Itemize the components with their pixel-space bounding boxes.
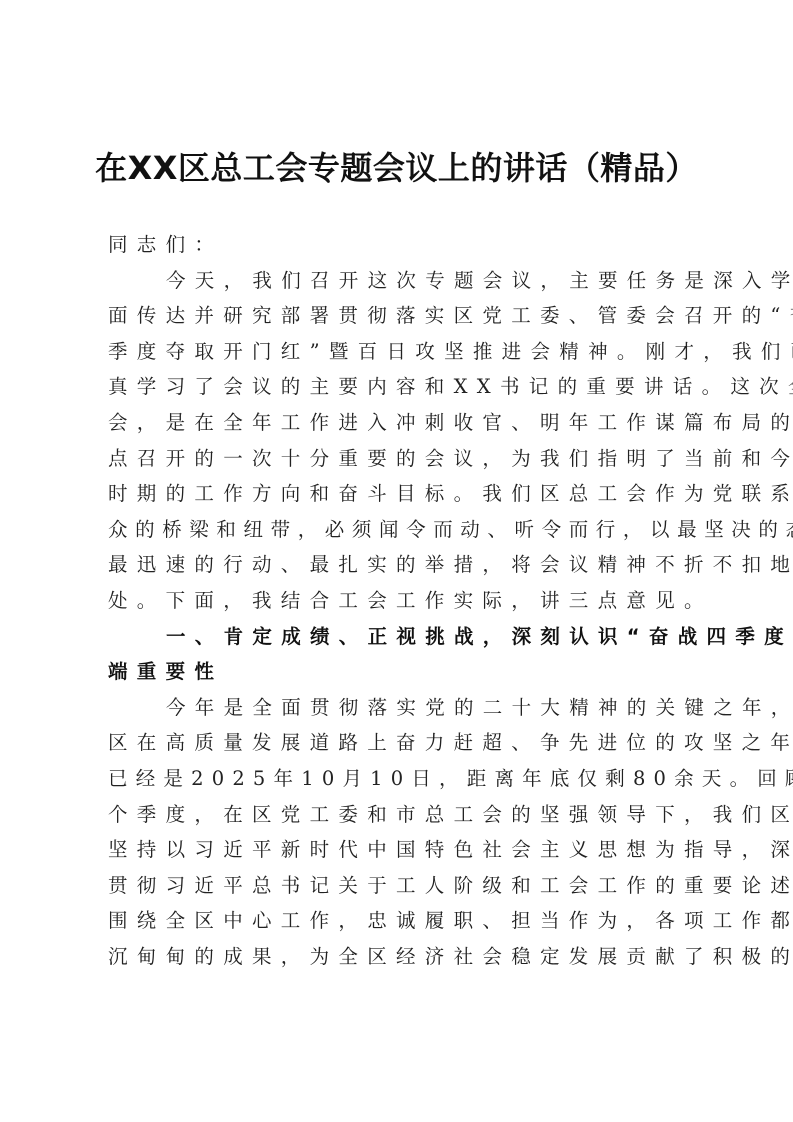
paragraph-section-1: 今年是全面贯彻落实党的二十大精神的关键之年，也是我 区在高质量发展道路上奋力赶超… (108, 690, 692, 975)
text-line: 最迅速的行动、最扎实的举措，将会议精神不折不扣地落到实 (108, 547, 692, 583)
paragraph-intro: 今天，我们召开这次专题会议，主要任务是深入学习、全 面传达并研究部署贯彻落实区党… (108, 263, 692, 619)
text-line: 已经是2025年10月10日，距离年底仅剩80余天。回顾前三 (108, 761, 692, 797)
heading-line: 端重要性 (108, 654, 692, 690)
heading-line: 一、肯定成绩、正视挑战，深刻认识“奋战四季度”的极 (108, 619, 692, 655)
text-line: 时期的工作方向和奋斗目标。我们区总工会作为党联系职工群 (108, 476, 692, 512)
text-line: 个季度，在区党工委和市总工会的坚强领导下，我们区总工会 (108, 797, 692, 833)
text-line: 围绕全区中心工作，忠诚履职、担当作为，各项工作都取得了 (108, 903, 692, 939)
text-line: 区在高质量发展道路上奋力赶超、争先进位的攻坚之年。今天 (108, 725, 692, 761)
text-line: 贯彻习近平总书记关于工人阶级和工会工作的重要论述，紧紧 (108, 868, 692, 904)
text-line: 今年是全面贯彻落实党的二十大精神的关键之年，也是我 (108, 690, 692, 726)
text-line: 众的桥梁和纽带，必须闻令而动、听令而行，以最坚决的态度、 (108, 512, 692, 548)
document-body: 同志们： 今天，我们召开这次专题会议，主要任务是深入学习、全 面传达并研究部署贯… (108, 227, 692, 974)
text-line: 点召开的一次十分重要的会议，为我们指明了当前和今后一个 (108, 441, 692, 477)
text-line: 会，是在全年工作进入冲刺收官、明年工作谋篇布局的关键节 (108, 405, 692, 441)
section-heading-1: 一、肯定成绩、正视挑战，深刻认识“奋战四季度”的极 端重要性 (108, 619, 692, 690)
text-line: 坚持以习近平新时代中国特色社会主义思想为指导，深入学习 (108, 832, 692, 868)
text-line: 处。下面，我结合工会工作实际，讲三点意见。 (108, 583, 692, 619)
salutation-line: 同志们： (108, 227, 692, 263)
text-line: 沉甸甸的成果，为全区经济社会稳定发展贡献了积极的工会力 (108, 939, 692, 975)
text-line: 面传达并研究部署贯彻落实区党工委、管委会召开的“奋战四 (108, 298, 692, 334)
document-title: 在XX区总工会专题会议上的讲话（精品） (0, 146, 793, 190)
document-page: 在XX区总工会专题会议上的讲话（精品） 同志们： 今天，我们召开这次专题会议，主… (0, 0, 793, 1122)
text-line: 今天，我们召开这次专题会议，主要任务是深入学习、全 (108, 263, 692, 299)
text-line: 季度夺取开门红”暨百日攻坚推进会精神。刚才，我们已经认 (108, 334, 692, 370)
text-line: 真学习了会议的主要内容和XX书记的重要讲话。这次全区推进 (108, 369, 692, 405)
salutation: 同志们： (108, 227, 692, 263)
